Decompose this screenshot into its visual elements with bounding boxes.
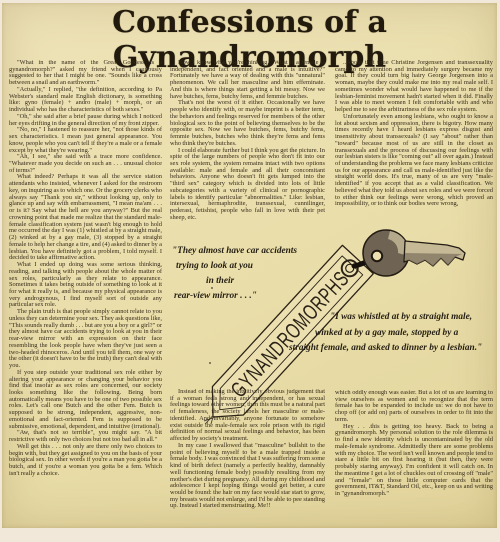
pull-quote-whistled: "I was whistled at by a straight male, w… — [289, 310, 500, 357]
column-right-bottom: which oddly enough was easier. But a lot… — [335, 390, 493, 522]
column-left: "What in the name of the Great Goddess i… — [9, 60, 162, 523]
ink-speck — [209, 362, 211, 364]
paragraph: Hey . . .this is getting too heavy. Back… — [335, 424, 493, 498]
paragraph: What indeed? Perhaps it was all the serv… — [9, 174, 162, 262]
pull-quote-line: "I was whistled at by a straight male, — [330, 310, 500, 326]
paragraph: Well get this . . . not only are there o… — [9, 444, 162, 478]
newspaper-page: Confessions of a Gynandromorph "What in … — [2, 3, 497, 528]
paragraph: I could elaborate further but I think yo… — [170, 148, 325, 222]
paragraph: ..About that time Christine Jorgensen an… — [335, 60, 493, 114]
key-hole — [372, 251, 382, 261]
paragraph: What I ended up doing was some serious t… — [9, 262, 162, 309]
paragraph: "Oh," she said after a brief pause durin… — [9, 114, 162, 127]
paragraph: which oddly enough was easier. But a lot… — [335, 390, 493, 424]
paragraph: That's not the worst of it either. Occas… — [170, 100, 325, 147]
paragraph: Now I know what you're thinking. "What i… — [170, 60, 325, 100]
paragraph: "What in the name of the Great Goddess i… — [9, 60, 162, 87]
paragraph: The plain truth is that people simply ca… — [9, 309, 162, 370]
column-middle-bottom: Instead of making the intuitively obviou… — [170, 389, 325, 541]
column-right-top: ..About that time Christine Jorgensen an… — [335, 60, 493, 219]
paragraph: "Ah, I see," she said with a trace more … — [9, 154, 162, 174]
paragraph: "No, no," I hastened to reassure her, "n… — [9, 127, 162, 154]
pull-quote-line: winked at by a gay male, stopped by a — [315, 326, 500, 342]
paragraph: "Aw, that's not so terrible", you might … — [9, 430, 162, 443]
paragraph: Unfortunately even among lesbians, who o… — [335, 114, 493, 208]
key-icon — [363, 230, 465, 276]
column-middle-top: Now I know what you're thinking. "What i… — [170, 60, 325, 239]
paragraph: "Actually," I replied, "the definition, … — [9, 87, 162, 114]
paragraph: If you step outside your traditional sex… — [9, 370, 162, 431]
paragraph: Instead of making the intuitively obviou… — [170, 389, 325, 443]
pull-quote-line: straight female, and asked to dinner by … — [289, 341, 500, 357]
paragraph: In my case I swallowed that "masculine" … — [170, 443, 325, 510]
ink-speck — [211, 287, 213, 289]
